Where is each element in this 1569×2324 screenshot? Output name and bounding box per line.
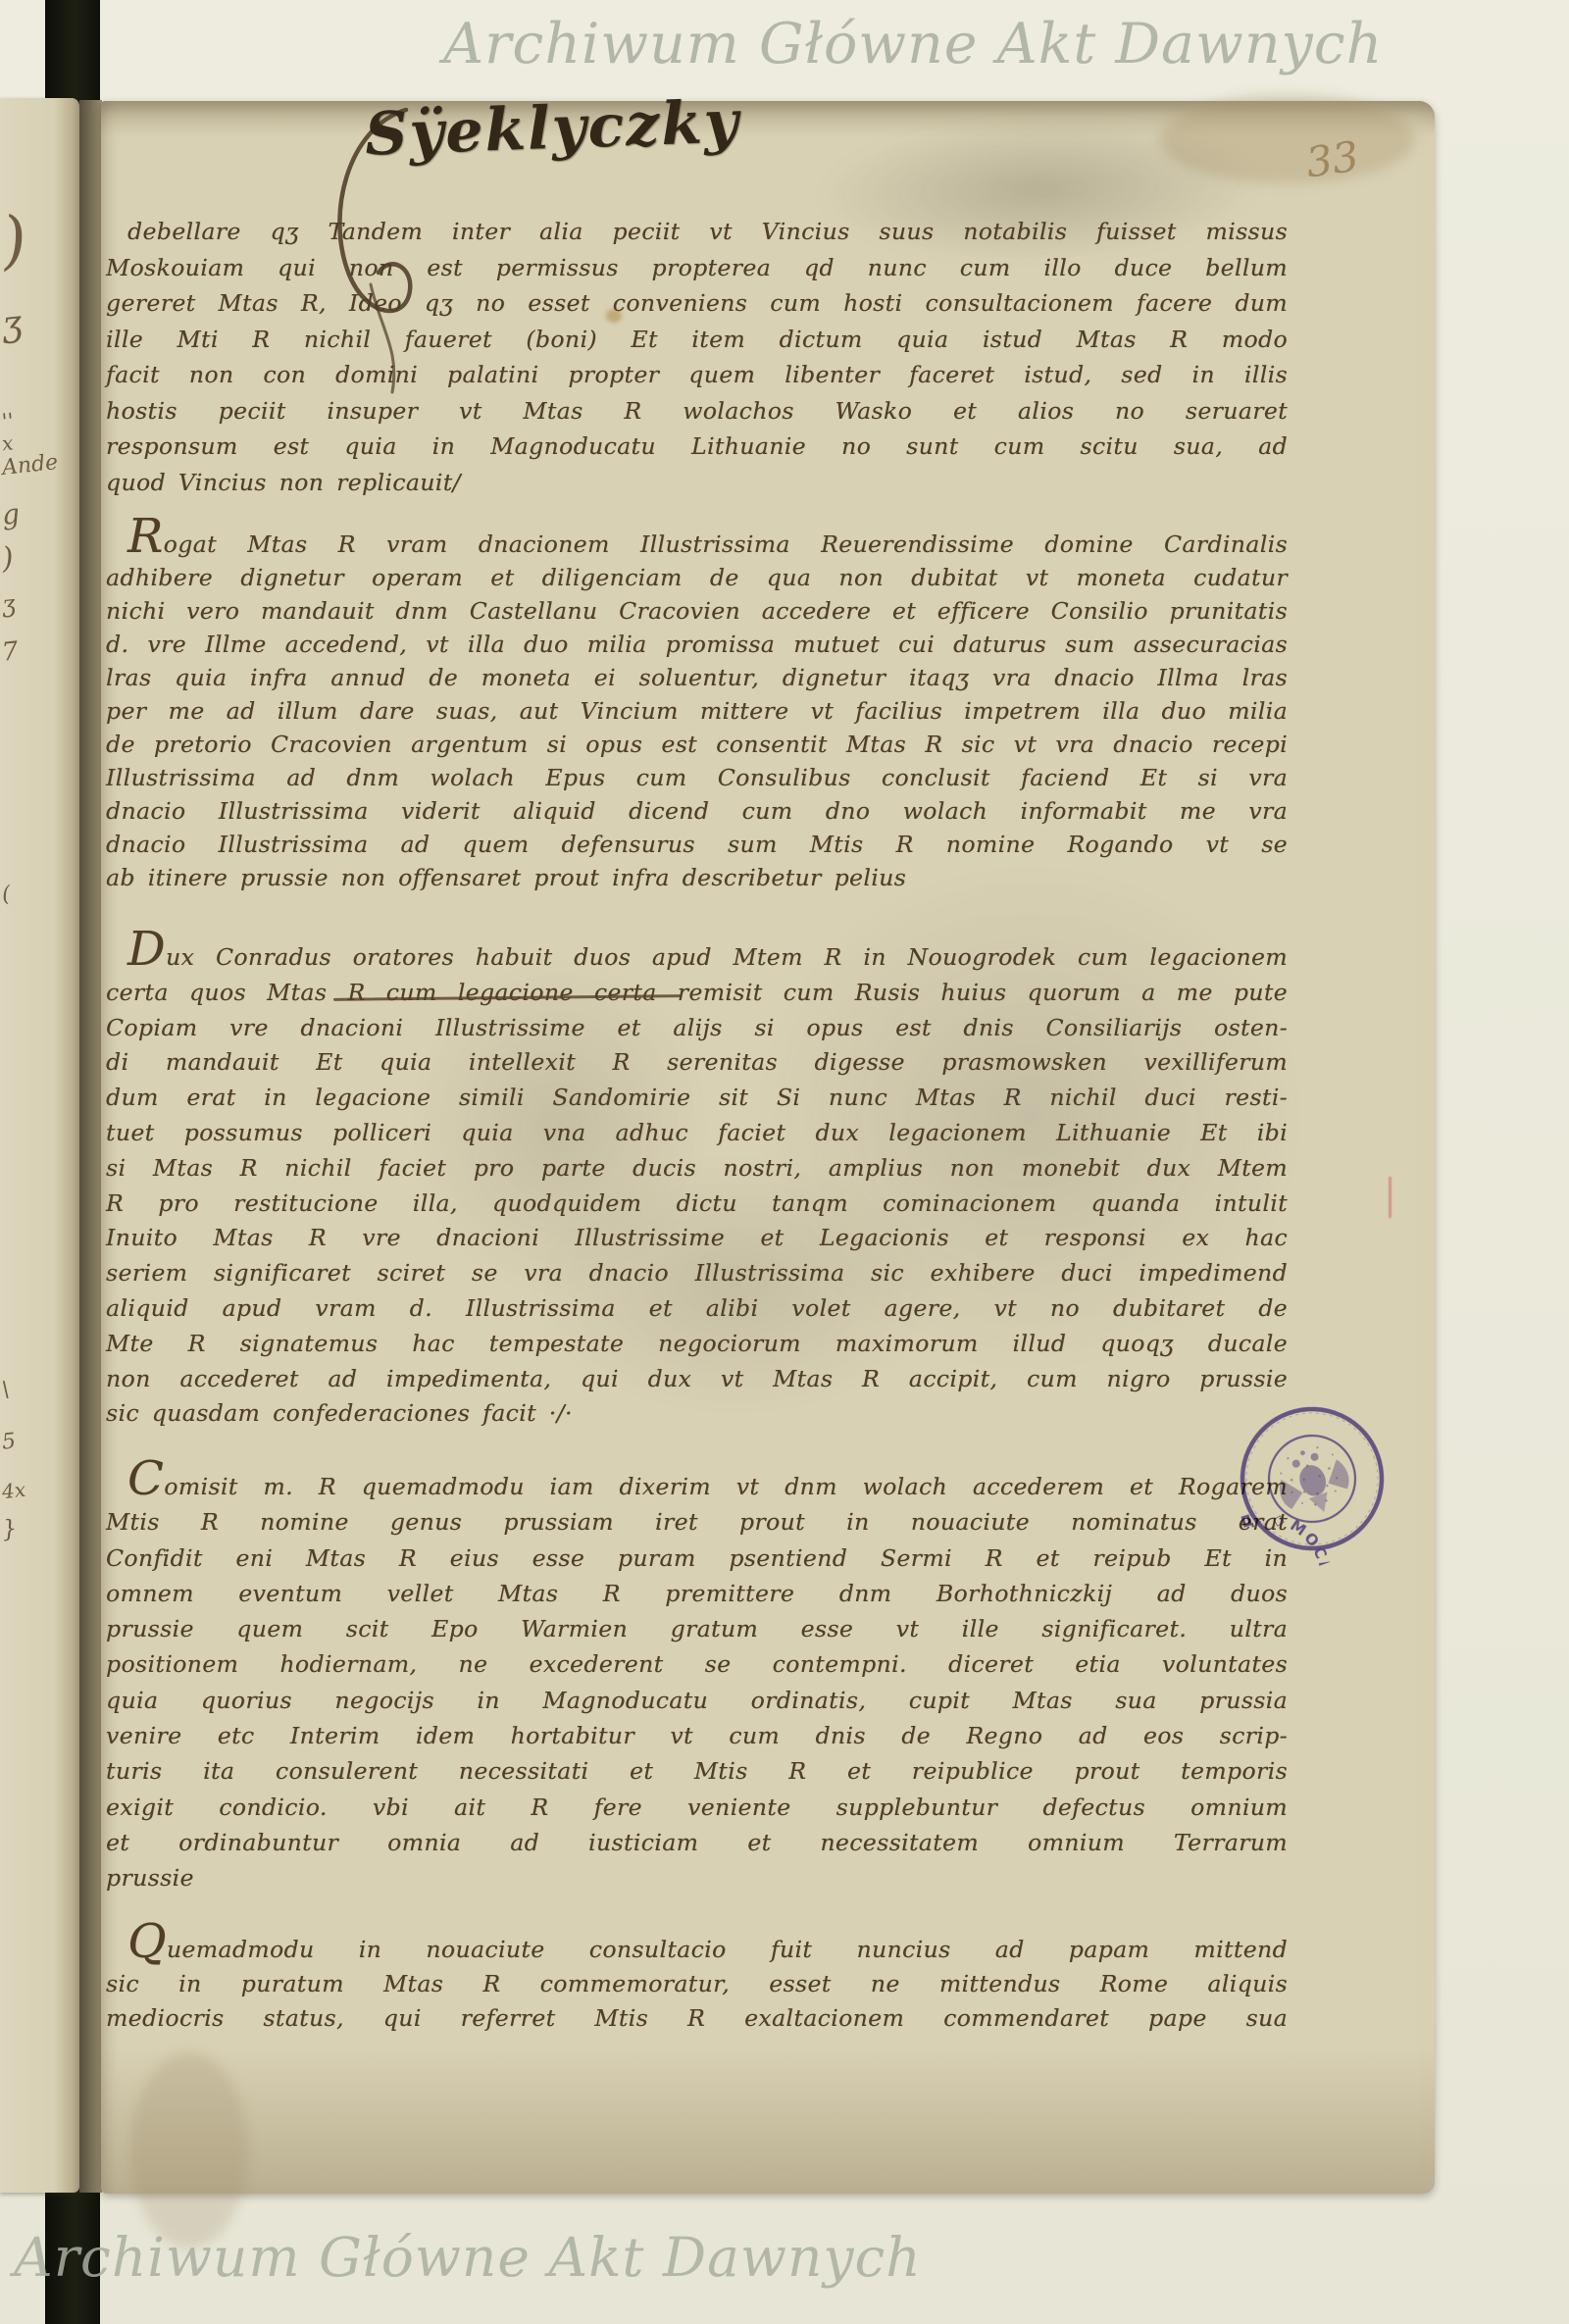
facing-page-ink-fragment: ) xyxy=(0,540,15,576)
facing-page-ink-fragment: x xyxy=(1,430,15,455)
manuscript-line: quod Vincius non replicauit/ xyxy=(106,465,1288,501)
manuscript-line: seriem significaret sciret se vra dnacio… xyxy=(106,1256,1288,1291)
manuscript-line: lras quia infra annud de moneta ei solue… xyxy=(106,661,1288,694)
manuscript-line: per me ad illum dare suas, aut Vincium m… xyxy=(106,694,1288,728)
manuscript-line: Comisit m. R quemadmodu iam dixerim vt d… xyxy=(106,1469,1288,1504)
manuscript-line: facit non con domini palatini propter qu… xyxy=(106,357,1288,393)
manuscript-line: gereret Mtas R, Ideo qʒ no esset conveni… xyxy=(106,285,1288,322)
manuscript-line: Moskouiam qui non est permissus proptere… xyxy=(106,250,1288,286)
facing-page-ink-fragment: g xyxy=(0,497,21,531)
facing-page-ink-fragment: ) xyxy=(0,203,30,278)
manuscript-line: Mtis R nomine genus prussiam iret prout … xyxy=(106,1504,1288,1540)
manuscript-line: omnem eventum vellet Mtas R premittere d… xyxy=(106,1576,1288,1611)
manuscript-line: ab itinere prussie non offensaret prout … xyxy=(106,861,1288,894)
stain xyxy=(130,2052,248,2248)
manuscript-line: sic quasdam confederaciones facit ·/· xyxy=(106,1396,1288,1432)
manuscript-line: d. vre Illme accedend, vt illa duo milia… xyxy=(106,628,1288,661)
red-fiber-mark xyxy=(1389,1177,1392,1218)
manuscript-line: Confidit eni Mtas R eius esse puram psen… xyxy=(106,1541,1288,1576)
eagle-emblem xyxy=(1269,1439,1357,1524)
facing-page-ink-fragment: ʒ xyxy=(0,303,24,345)
page-bottom-shade xyxy=(101,2046,1435,2194)
paragraph-5: Quemadmodu in nouaciute consultacio fuit… xyxy=(106,1932,1288,2036)
manuscript-line: responsum est quia in Magnoducatu Lithua… xyxy=(106,429,1288,465)
manuscript-line: non accederet ad impedimenta, qui dux vt… xyxy=(106,1362,1288,1397)
manuscript-line: Mte R signatemus hac tempestate negocior… xyxy=(106,1327,1288,1362)
paragraph-3: Dux Conradus oratores habuit duos apud M… xyxy=(106,939,1288,1432)
facing-page-ink-fragment: \ xyxy=(1,1378,11,1403)
manuscript-line: et ordinabuntur omnia ad iusticiam et ne… xyxy=(106,1825,1288,1860)
manuscript-line: Quemadmodu in nouaciute consultacio fuit… xyxy=(106,1932,1288,1967)
manuscript-line: ille Mti R nichil faueret (boni) Et item… xyxy=(106,322,1288,358)
manuscript-line: Dux Conradus oratores habuit duos apud M… xyxy=(106,939,1288,976)
facing-page-ink-fragment: Ande xyxy=(1,450,59,480)
manuscript-line: aliquid apud vram d. Illustrissima et al… xyxy=(106,1291,1288,1327)
manuscript-line: prussie quem scit Epo Warmien gratum ess… xyxy=(106,1611,1288,1646)
manuscript-line: R pro restitucione illa, quodquidem dict… xyxy=(106,1187,1288,1222)
manuscript-line: mediocris status, qui referret Mtis R ex… xyxy=(106,2001,1288,2036)
paragraph-1: debellare qʒ Tandem inter alia peciit vt… xyxy=(106,214,1288,500)
manuscript-line: certa quos Mtas R cum legacione certa re… xyxy=(106,976,1288,1011)
manuscript-line: de pretorio Cracovien argentum si opus e… xyxy=(106,728,1288,761)
manuscript-line: tuet possumus polliceri quia vna adhuc f… xyxy=(106,1116,1288,1151)
paragraph-4: Comisit m. R quemadmodu iam dixerim vt d… xyxy=(106,1469,1288,1896)
paragraph-2: Rogat Mtas R vram dnacionem Illustrissim… xyxy=(106,527,1288,894)
folio-number: 33 xyxy=(1303,132,1362,187)
manuscript-line: positionem hodiernam, ne excederent se c… xyxy=(106,1646,1288,1682)
facing-page-ink-fragment: ( xyxy=(1,883,12,908)
manuscript-line: quia quorius negocijs in Magnoducatu ord… xyxy=(106,1683,1288,1718)
manuscript-line: nichi vero mandauit dnm Castellanu Craco… xyxy=(106,594,1288,628)
manuscript-line: turis ita consulerent necessitati et Mti… xyxy=(106,1753,1288,1789)
manuscript-line: sic in puratum Mtas R commemoratur, esse… xyxy=(106,1967,1288,2001)
manuscript-line: dnacio Illustrissima viderit aliquid dic… xyxy=(106,794,1288,828)
manuscript-line: si Mtas R nichil faciet pro parte ducis … xyxy=(106,1151,1288,1187)
manuscript-line: dum erat in legacione simili Sandomirie … xyxy=(106,1081,1288,1116)
facing-page-ink-fragment: ʒ xyxy=(1,589,17,618)
manuscript-line: Rogat Mtas R vram dnacionem Illustrissim… xyxy=(106,527,1288,561)
page-gap-shadow xyxy=(79,100,102,2193)
archive-watermark-bottom: Archiwum Główne Akt Dawnych xyxy=(14,2226,922,2289)
manuscript-line: di mandauit Et quia intellexit R serenit… xyxy=(106,1045,1288,1081)
archive-watermark-top: Archiwum Główne Akt Dawnych xyxy=(443,12,1383,76)
manuscript-line: Inuito Mtas R vre dnacioni Illustrissime… xyxy=(106,1221,1288,1256)
facing-page-ink-fragment: } xyxy=(1,1514,19,1542)
manuscript-line: dnacio Illustrissima ad quem defensurus … xyxy=(106,828,1288,861)
left-page: )ʒ''xAndeg)ʒ7(\54x} xyxy=(0,98,79,2193)
facing-page-ink-fragment: 4x xyxy=(1,1478,26,1503)
page-title: Sÿeklyczky xyxy=(364,87,741,169)
manuscript-line: debellare qʒ Tandem inter alia peciit vt… xyxy=(106,214,1288,250)
facing-page-ink-fragment: 7 xyxy=(0,636,20,668)
manuscript-line: adhibere dignetur operam et diligenciam … xyxy=(106,561,1288,594)
facing-page-ink-fragment: 5 xyxy=(1,1429,18,1454)
manuscript-line: exigit condicio. vbi ait R fere veniente… xyxy=(106,1790,1288,1825)
manuscript-line: venire etc Interim idem hortabitur vt cu… xyxy=(106,1718,1288,1753)
scanned-manuscript-view: )ʒ''xAndeg)ʒ7(\54x} Sÿeklyczky 33 debell… xyxy=(0,0,1569,2324)
manuscript-line: prussie xyxy=(106,1860,1288,1895)
manuscript-line: Copiam vre dnacioni Illustrissime et ali… xyxy=(106,1011,1288,1046)
manuscript-line: Illustrissima ad dnm wolach Epus cum Con… xyxy=(106,761,1288,794)
manuscript-line: hostis peciit insuper vt Mtas R wolachos… xyxy=(106,393,1288,429)
